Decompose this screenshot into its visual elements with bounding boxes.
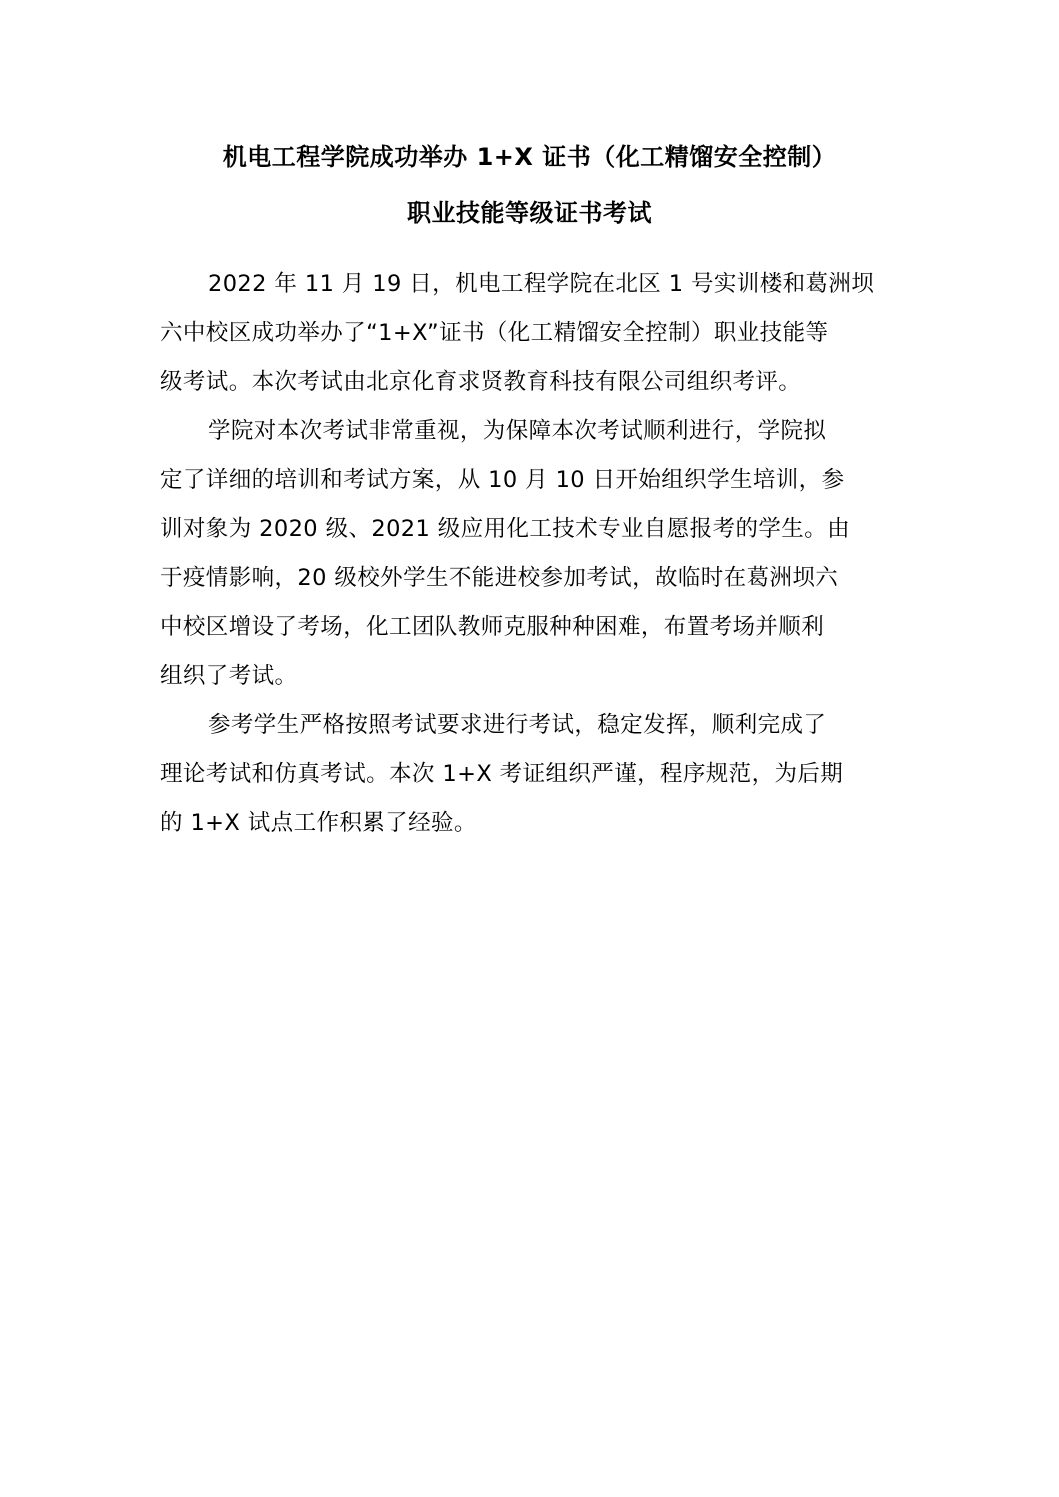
paragraph-line: 参考学生严格按照考试要求进行考试，稳定发挥，顺利完成了 bbox=[160, 707, 900, 756]
paragraph-line: 定了详细的培训和考试方案，从 10 月 10 日开始组织学生培训，参 bbox=[160, 462, 900, 511]
paragraph-line: 训对象为 2020 级、2021 级应用化工技术专业自愿报考的学生。由 bbox=[160, 511, 900, 560]
paragraph-line: 的 1+X 试点工作积累了经验。 bbox=[160, 805, 900, 854]
paragraph-1: 2022 年 11 月 19 日，机电工程学院在北区 1 号实训楼和葛洲坝 六中… bbox=[160, 266, 900, 413]
document-body: 2022 年 11 月 19 日，机电工程学院在北区 1 号实训楼和葛洲坝 六中… bbox=[160, 266, 900, 854]
paragraph-line: 级考试。本次考试由北京化育求贤教育科技有限公司组织考评。 bbox=[160, 364, 900, 413]
paragraph-line: 2022 年 11 月 19 日，机电工程学院在北区 1 号实训楼和葛洲坝 bbox=[160, 266, 900, 315]
paragraph-2: 学院对本次考试非常重视，为保障本次考试顺利进行，学院拟 定了详细的培训和考试方案… bbox=[160, 413, 900, 707]
paragraph-line: 理论考试和仿真考试。本次 1+X 考证组织严谨，程序规范，为后期 bbox=[160, 756, 900, 805]
document-page: 机电工程学院成功举办 1+X 证书（化工精馏安全控制） 职业技能等级证书考试 2… bbox=[0, 0, 1059, 1497]
document-title-line-2: 职业技能等级证书考试 bbox=[0, 198, 1059, 228]
paragraph-line: 组织了考试。 bbox=[160, 658, 900, 707]
paragraph-3: 参考学生严格按照考试要求进行考试，稳定发挥，顺利完成了 理论考试和仿真考试。本次… bbox=[160, 707, 900, 854]
paragraph-line: 六中校区成功举办了“1+X”证书（化工精馏安全控制）职业技能等 bbox=[160, 315, 900, 364]
paragraph-line: 于疫情影响，20 级校外学生不能进校参加考试，故临时在葛洲坝六 bbox=[160, 560, 900, 609]
document-title-line-1: 机电工程学院成功举办 1+X 证书（化工精馏安全控制） bbox=[0, 142, 1059, 172]
paragraph-line: 中校区增设了考场，化工团队教师克服种种困难，布置考场并顺利 bbox=[160, 609, 900, 658]
paragraph-line: 学院对本次考试非常重视，为保障本次考试顺利进行，学院拟 bbox=[160, 413, 900, 462]
